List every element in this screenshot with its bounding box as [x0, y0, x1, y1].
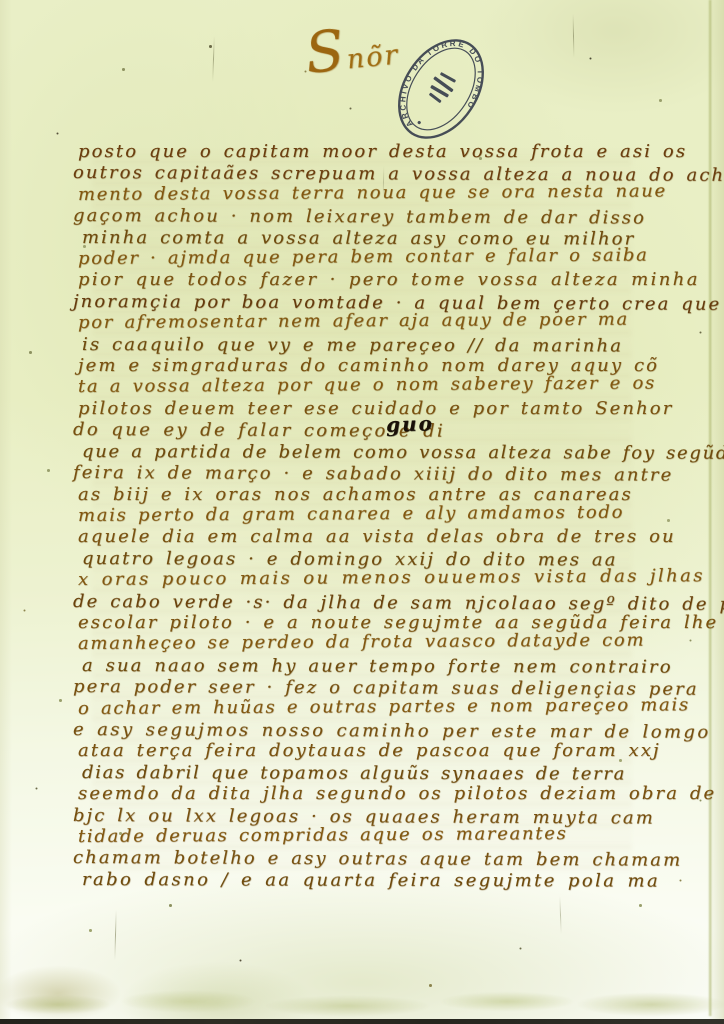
paper-scratch — [212, 36, 215, 82]
manuscript-line: mento desta vossa terra noua que se ora … — [78, 180, 664, 205]
manuscript-line: seemdo da dita jlha segundo os pilotos d… — [78, 783, 664, 804]
manuscript-line: pilotos deuem teer ese cuidado e por tam… — [78, 398, 664, 419]
manuscript-line: ataa terça feira doytauas de pascoa que … — [78, 740, 664, 761]
manuscript-line: rabo dasno / e aa quarta feira segujmte … — [82, 869, 668, 892]
manuscript-line: amanheçeo se perdeo da frota vaasco data… — [78, 630, 664, 655]
ink-correction: guo — [386, 411, 435, 437]
manuscript-line: chamam botelho e asy outras aque tam bem… — [73, 847, 659, 871]
manuscript-line: pior que todos fazer · pero tome vossa a… — [78, 269, 664, 290]
manuscript-line: ta a vossa alteza por que o nom saberey … — [78, 373, 664, 398]
manuscript-line: dias dabril que topamos alguũs synaaes d… — [82, 762, 668, 785]
manuscript-line: gaçom achou · nom leixarey tambem de dar… — [73, 205, 659, 229]
manuscript-line: aquele dia em calma aa vista delas obra … — [78, 526, 664, 547]
manuscript-text-block: posto que o capitam moor desta vossa fro… — [78, 141, 664, 890]
manuscript-line: feira ix de março · e sabado xiiij do di… — [73, 462, 659, 486]
manuscript-line: por afremosentar nem afear aja aquy de p… — [78, 309, 664, 334]
paper-scratch — [114, 910, 116, 960]
paper-scratch — [559, 896, 561, 934]
manuscript-line: que a partida de belem como vossa alteza… — [82, 441, 668, 464]
manuscript-page-photo: Snõr ARCHIVO DA TORRE DO TOMBO posto que… — [0, 0, 724, 1024]
manuscript-line: poder · ajmda que pera bem contar e fala… — [78, 244, 664, 269]
bottom-stain-band — [0, 988, 724, 1018]
manuscript-line: x oras pouco mais ou menos ouuemos vista… — [78, 566, 664, 591]
manuscript-line: e asy segujmos nosso caminho per este ma… — [73, 719, 659, 743]
manuscript-line: tidade deruas compridas aque os mareante… — [78, 822, 664, 847]
manuscript-line: do que ey de falar começo e di — [73, 419, 659, 443]
paper-speckles — [0, 0, 1, 1]
manuscript-line: mais perto da gram canarea e aly amdamos… — [78, 501, 664, 526]
manuscript-line: de cabo verde ·s· da jlha de sam njcolaa… — [73, 591, 659, 615]
manuscript-line: o achar em huũas e outras partes e nom p… — [78, 694, 664, 719]
manuscript-line: is caaquilo que vy e me pareçeo // da ma… — [82, 334, 668, 357]
manuscript-line: posto que o capitam moor desta vossa fro… — [78, 141, 664, 162]
manuscript-line: a sua naao sem hy auer tempo forte nem c… — [82, 655, 668, 678]
paper-fold-line — [708, 0, 712, 1016]
photo-bottom-edge — [0, 1019, 724, 1024]
paper-scratch — [573, 14, 575, 58]
